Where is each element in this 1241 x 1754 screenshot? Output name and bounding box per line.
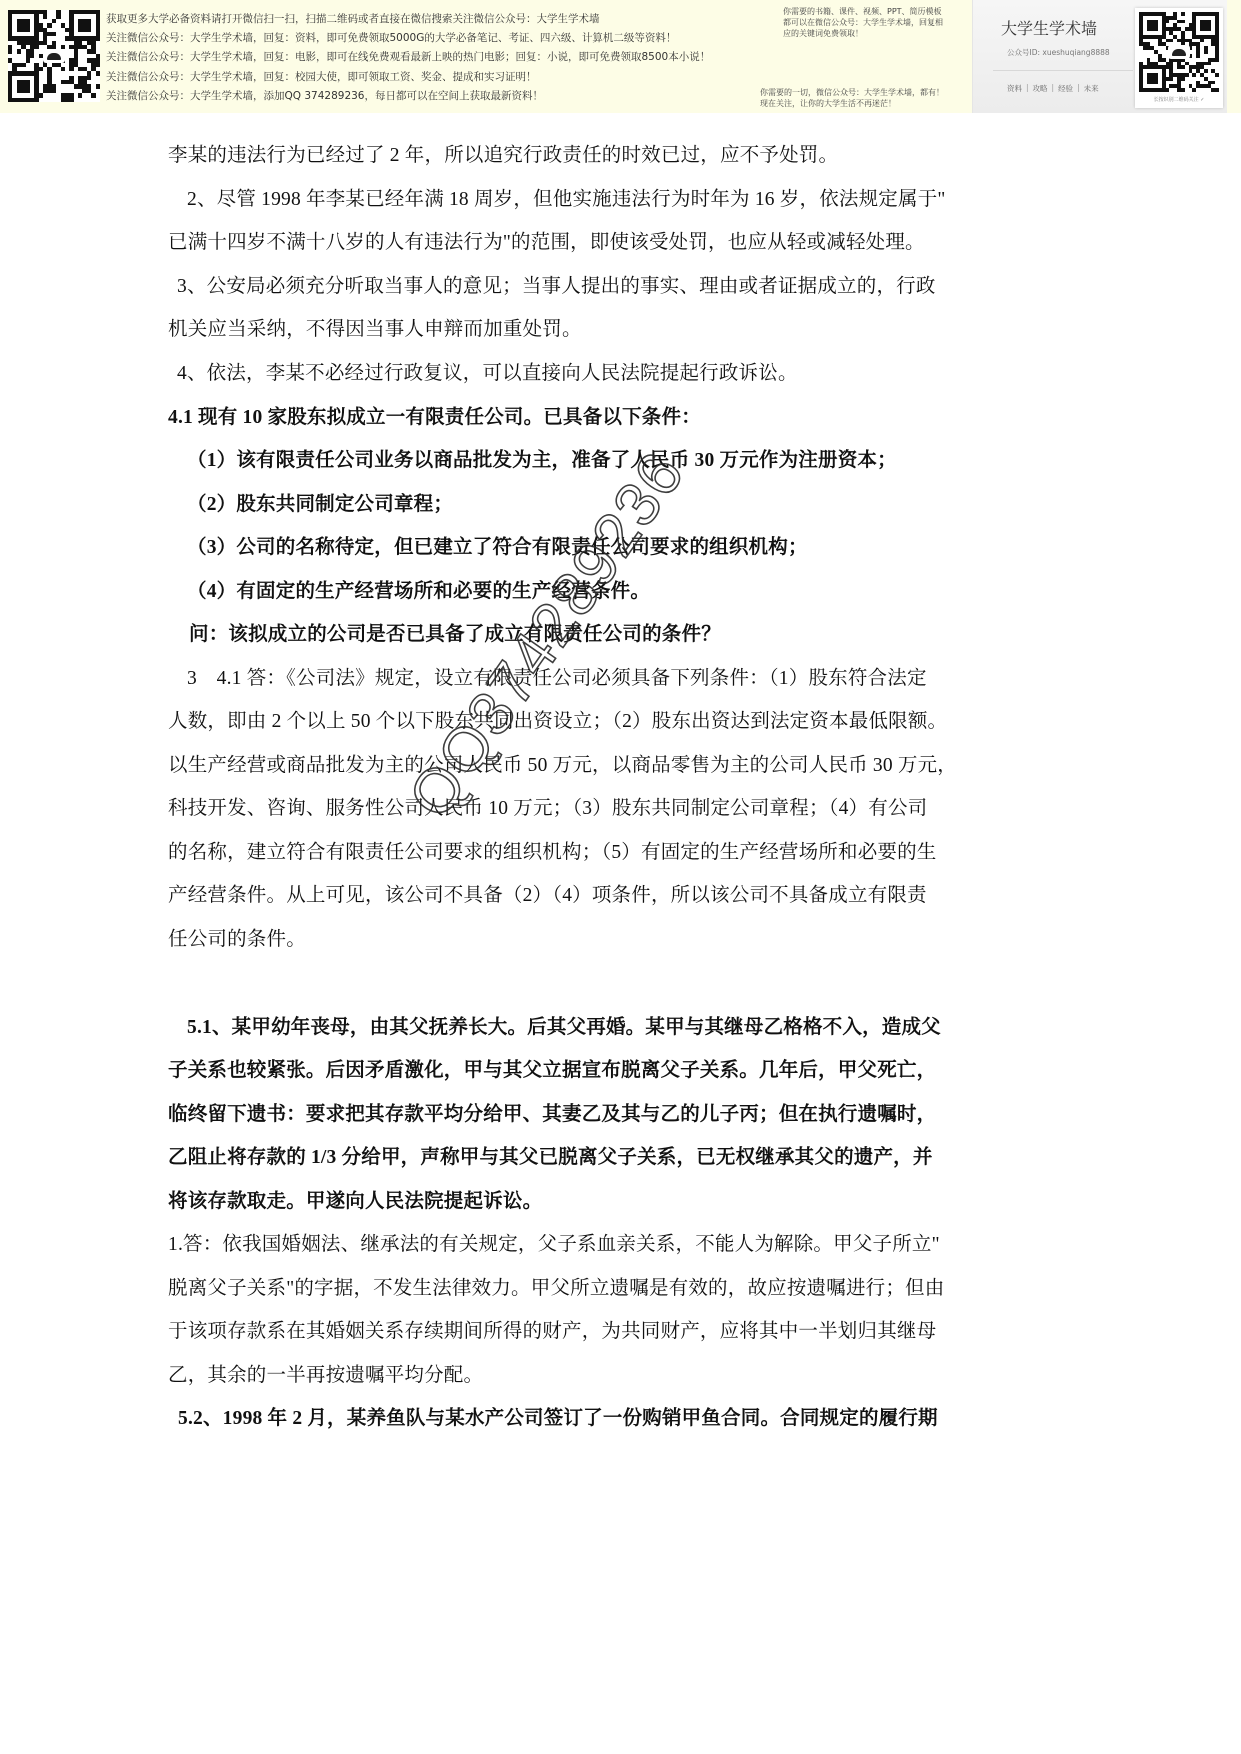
- banner-line: 关注微信公众号：大学生学术墙，回复：电影，即可在线免费观看最新上映的热门电影；回…: [106, 48, 710, 67]
- answer-paragraph: 2、尽管 1998 年李某已经年满 18 周岁，但他实施违法行为时年为 16 岁…: [187, 176, 1047, 225]
- qr-code-icon: [1139, 12, 1219, 92]
- account-title: 大学生学术墙: [1001, 16, 1097, 39]
- answer-paragraph: 科技开发、咨询、服务性公司人民币 10 万元；（3）股东共同制定公司章程；（4）…: [168, 785, 1028, 834]
- banner-edge: [1227, 0, 1241, 113]
- banner-line: 关注微信公众号：大学生学术墙，回复：资料，即可免费领取5000G的大学必备笔记、…: [106, 29, 710, 48]
- answer-paragraph: 于该项存款系在其婚姻关系存续期间所得的财产，为共同财产，应将其中一半划归其继母: [168, 1308, 1028, 1357]
- separator: |: [1052, 83, 1055, 94]
- answer-paragraph: 已满十四岁不满十八岁的人有违法行为"的范围，即使该受处罚，也应从轻或减轻处理。: [168, 219, 1028, 268]
- note-line: 你需要的一切，微信公众号：大学生学术墙，都有！: [760, 87, 944, 98]
- link-future: 未来: [1084, 83, 1099, 94]
- answer-paragraph: 脱离父子关系"的字据，不发生法律效力。甲父所立遗嘱是有效的，故应按遗嘱进行；但由: [168, 1265, 1028, 1314]
- banner-text: 获取更多大学必备资料请打开微信扫一扫，扫描二维码或者直接在微信搜索关注微信公众号…: [106, 10, 710, 106]
- banner-line: 关注微信公众号：大学生学术墙，添加QQ 374289236，每日都可以在空间上获…: [106, 87, 710, 106]
- separator: |: [1026, 83, 1029, 94]
- answer-paragraph: 4、依法，李某不必经过行政复议，可以直接向人民法院提起行政诉讼。: [177, 350, 1037, 399]
- qr-code-icon: [8, 10, 100, 102]
- answer-paragraph: 以生产经营或商品批发为主的公司人民币 50 万元，以商品零售为主的公司人民币 3…: [168, 742, 1028, 791]
- question-paragraph: （1）该有限责任公司业务以商品批发为主，准备了人民币 30 万元作为注册资本；: [187, 437, 1047, 486]
- note-line: 都可以在微信公众号：大学生学术墙，回复相: [783, 17, 943, 28]
- answer-paragraph: 的名称，建立符合有限责任公司要求的组织机构；（5）有固定的生产经营场所和必要的生: [168, 829, 1028, 878]
- answer-paragraph: 1.答：依我国婚姻法、继承法的有关规定，父子系血亲关系，不能人为解除。甲父子所立…: [168, 1221, 1028, 1270]
- qr-caption: 长按识别二维码关注 ✓: [1135, 96, 1223, 103]
- banner-line: 关注微信公众号：大学生学术墙，回复：校园大使，即可领取工资、奖金、提成和实习证明…: [106, 68, 710, 87]
- question-paragraph: 5.1、某甲幼年丧母，由其父抚养长大。后其父再婚。某甲与其继母乙格格不入，造成父: [187, 1004, 1047, 1053]
- answer-paragraph: 产经营条件。从上可见，该公司不具备（2）（4）项条件，所以该公司不具备成立有限责: [168, 872, 1028, 921]
- banner-line: 获取更多大学必备资料请打开微信扫一扫，扫描二维码或者直接在微信搜索关注微信公众号…: [106, 10, 710, 29]
- answer-paragraph: 任公司的条件。: [168, 916, 1028, 965]
- separator: |: [1077, 83, 1080, 94]
- question-paragraph: 临终留下遗书：要求把其存款平均分给甲、其妻乙及其与乙的儿子丙；但在执行遗嘱时，: [168, 1091, 1028, 1140]
- account-links: 资料 | 攻略 | 经验 | 未来: [1007, 83, 1099, 94]
- ad-banner: 获取更多大学必备资料请打开微信扫一扫，扫描二维码或者直接在微信搜索关注微信公众号…: [0, 0, 1241, 113]
- note-line: 应的关键词免费领取！: [783, 28, 943, 39]
- note-line: 现在关注，让你的大学生活不再迷茫！: [760, 98, 944, 109]
- answer-paragraph: 李某的违法行为已经过了 2 年，所以追究行政责任的时效已过，应不予处罚。: [168, 132, 1028, 181]
- question-paragraph: 乙阻止将存款的 1/3 分给甲，声称甲与其父已脱离父子关系，已无权继承其父的遗产…: [168, 1134, 1028, 1183]
- question-paragraph: 问：该拟成立的公司是否已具备了成立有限责任公司的条件？: [189, 611, 1049, 660]
- link-materials: 资料: [1007, 83, 1022, 94]
- question-paragraph: 5.2、1998 年 2 月，某养鱼队与某水产公司签订了一份购销甲鱼合同。合同规…: [178, 1395, 1038, 1444]
- question-paragraph: （3）公司的名称待定，但已建立了符合有限责任公司要求的组织机构；: [187, 524, 1047, 573]
- banner-note-bottom: 你需要的一切，微信公众号：大学生学术墙，都有！ 现在关注，让你的大学生活不再迷茫…: [760, 87, 944, 109]
- question-paragraph: 子关系也较紧张。后因矛盾激化，甲与其父立据宣布脱离父子关系。几年后，甲父死亡，: [168, 1047, 1028, 1096]
- answer-paragraph: 机关应当采纳，不得因当事人申辩而加重处罚。: [168, 306, 1028, 355]
- answer-paragraph: 人数，即由 2 个以上 50 个以下股东共同出资设立；（2）股东出资达到法定资本…: [168, 698, 1028, 747]
- graduation-cap-icon: [43, 49, 65, 63]
- divider: [993, 70, 1133, 71]
- question-paragraph: （2）股东共同制定公司章程；: [187, 481, 1047, 530]
- link-experience: 经验: [1058, 83, 1073, 94]
- note-line: 你需要的书籍、课件、视频、PPT、简历模板: [783, 6, 943, 17]
- graduation-cap-icon: [1168, 45, 1190, 59]
- question-paragraph: 4.1 现有 10 家股东拟成立一有限责任公司。已具备以下条件：: [168, 394, 1028, 443]
- banner-note-top: 你需要的书籍、课件、视频、PPT、简历模板 都可以在微信公众号：大学生学术墙，回…: [783, 6, 943, 39]
- answer-paragraph: 乙，其余的一半再按遗嘱平均分配。: [168, 1352, 1028, 1401]
- answer-paragraph: 3 4.1 答：《公司法》规定，设立有限责任公司必须具备下列条件：（1）股东符合…: [187, 655, 1047, 704]
- answer-paragraph: 3、公安局必须充分听取当事人的意见；当事人提出的事实、理由或者证据成立的，行政: [177, 263, 1037, 312]
- question-paragraph: 将该存款取走。甲遂向人民法院提起诉讼。: [168, 1178, 1028, 1227]
- link-guides: 攻略: [1033, 83, 1048, 94]
- question-paragraph: （4）有固定的生产经营场所和必要的生产经营条件。: [187, 568, 1047, 617]
- qr-card: 长按识别二维码关注 ✓: [1135, 8, 1223, 108]
- account-id: 公众号ID: xueshuqiang8888: [1007, 47, 1110, 58]
